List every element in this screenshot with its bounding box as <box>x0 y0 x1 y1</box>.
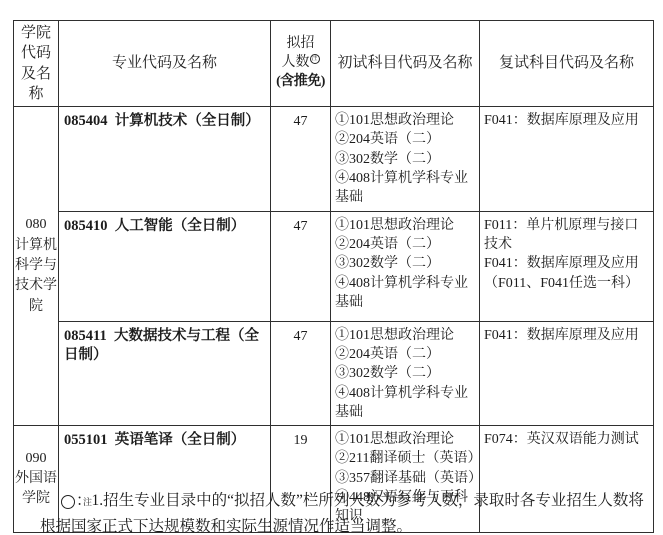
retest-item: （F011、F041任选一科） <box>484 274 651 293</box>
header-college: 学院代码及名称 <box>14 21 59 107</box>
exam-item: ③302数学（二） <box>335 364 477 383</box>
retest-cell: F041：数据库原理及应用 <box>480 321 654 426</box>
exam-item: ①101思想政治理论 <box>335 430 477 449</box>
retest-cell: F011：单片机原理与接口技术 F041：数据库原理及应用 （F011、F041… <box>480 211 654 321</box>
college-code: 080 <box>15 215 57 235</box>
note-mark-icon: 注 <box>310 54 320 64</box>
college-code: 090 <box>15 449 57 469</box>
quota-cell: 47 <box>271 321 331 426</box>
exam-item: ④408计算机学科专业基础 <box>335 169 477 208</box>
college-cell-080: 080 计算机科学与技术学院 <box>14 107 59 426</box>
header-retest: 复试科目代码及名称 <box>480 21 654 107</box>
retest-item: F041：数据库原理及应用 <box>484 111 651 130</box>
quota-cell: 47 <box>271 107 331 212</box>
header-quota-line2: 人数注 <box>271 54 330 73</box>
note-mark-icon: 注 <box>61 495 75 509</box>
exam-item: ③302数学（二） <box>335 254 477 273</box>
exam-item: ④408计算机学科专业基础 <box>335 384 477 423</box>
exam-item: ③357翻译基础（英语） <box>335 469 477 488</box>
table-row: 080 计算机科学与技术学院 085404 计算机技术（全日制） 47 ①101… <box>14 107 654 212</box>
header-major: 专业代码及名称 <box>59 21 271 107</box>
exam-item: ①101思想政治理论 <box>335 326 477 345</box>
initial-exam-cell: ①101思想政治理论 ②204英语（二） ③302数学（二） ④408计算机学科… <box>331 107 480 212</box>
initial-exam-cell: ①101思想政治理论 ②204英语（二） ③302数学（二） ④408计算机学科… <box>331 321 480 426</box>
initial-exam-cell: ①101思想政治理论 ②204英语（二） ③302数学（二） ④408计算机学科… <box>331 211 480 321</box>
exam-item: ①101思想政治理论 <box>335 111 477 130</box>
quota-cell: 47 <box>271 211 331 321</box>
retest-item: F041：数据库原理及应用 <box>484 326 651 345</box>
table-row: 085410 人工智能（全日制） 47 ①101思想政治理论 ②204英语（二）… <box>14 211 654 321</box>
header-initial-exam: 初试科目代码及名称 <box>331 21 480 107</box>
major-cell: 085411 大数据技术与工程（全日制） <box>59 321 271 426</box>
table-row: 085411 大数据技术与工程（全日制） 47 ①101思想政治理论 ②204英… <box>14 321 654 426</box>
footnote-text: ：1.招生专业目录中的“拟招人数”栏所列人数为参考人数，录取时各专业招生人数将根… <box>40 492 644 535</box>
footnote: 注：1.招生专业目录中的“拟招人数”栏所列人数为参考人数，录取时各专业招生人数将… <box>40 488 654 535</box>
header-quota-line3: (含推免) <box>271 73 330 92</box>
exam-item: ②204英语（二） <box>335 345 477 364</box>
retest-item: F041：数据库原理及应用 <box>484 254 651 273</box>
exam-item: ②211翻译硕士（英语） <box>335 449 477 468</box>
exam-item: ②204英语（二） <box>335 235 477 254</box>
exam-item: ③302数学（二） <box>335 150 477 169</box>
retest-item: F074：英汉双语能力测试 <box>484 430 651 449</box>
college-name: 计算机科学与技术学院 <box>15 236 57 317</box>
header-quota-line1: 拟招 <box>271 35 330 54</box>
header-quota: 拟招 人数注 (含推免) <box>271 21 331 107</box>
major-cell: 085404 计算机技术（全日制） <box>59 107 271 212</box>
admission-table: 学院代码及名称 专业代码及名称 拟招 人数注 (含推免) 初试科目代码及名称 复… <box>13 20 654 533</box>
exam-item: ①101思想政治理论 <box>335 216 477 235</box>
table-header-row: 学院代码及名称 专业代码及名称 拟招 人数注 (含推免) 初试科目代码及名称 复… <box>14 21 654 107</box>
major-cell: 085410 人工智能（全日制） <box>59 211 271 321</box>
exam-item: ④408计算机学科专业基础 <box>335 274 477 313</box>
exam-item: ②204英语（二） <box>335 130 477 149</box>
retest-item: F011：单片机原理与接口技术 <box>484 216 651 255</box>
admission-catalog-page: 学院代码及名称 专业代码及名称 拟招 人数注 (含推免) 初试科目代码及名称 复… <box>0 0 663 535</box>
retest-cell: F041：数据库原理及应用 <box>480 107 654 212</box>
